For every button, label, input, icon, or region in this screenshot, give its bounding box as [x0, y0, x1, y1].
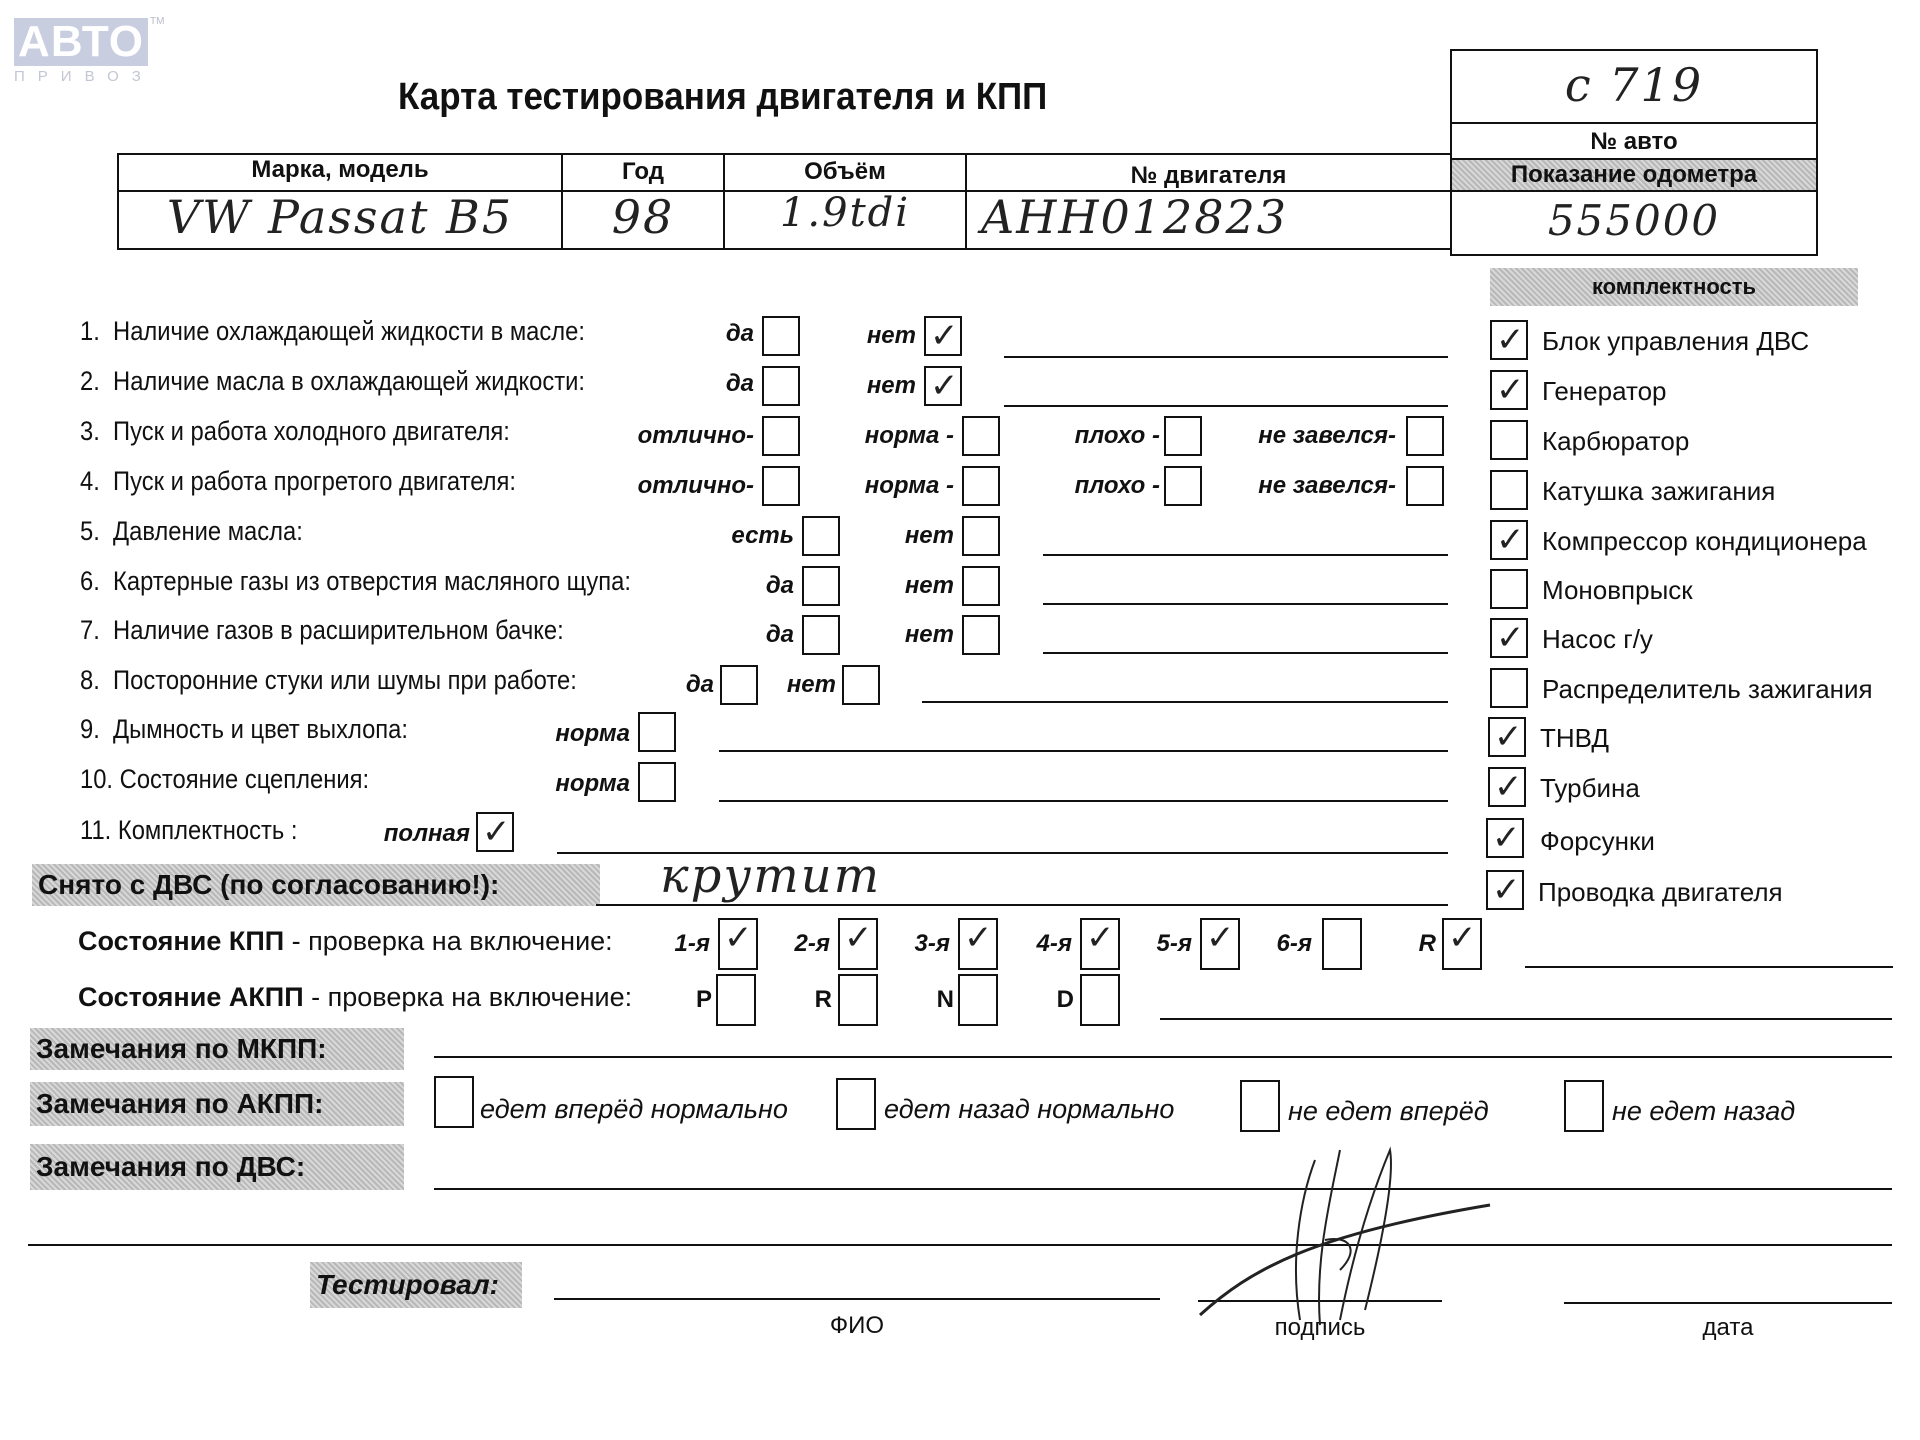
check-item-4: 4. Пуск и работа прогретого двигателя: — [80, 466, 516, 497]
checkbox-backward-normal[interactable] — [836, 1078, 876, 1130]
page-title: Карта тестирования двигателя и КПП — [398, 76, 1047, 119]
check-item-2: 2. Наличие масла в охлаждающей жидкости: — [80, 366, 585, 397]
date-caption: дата — [1564, 1314, 1892, 1342]
checkbox-item6-no[interactable] — [962, 566, 1000, 606]
completeness-item: Компрессор кондиционера — [1542, 526, 1867, 557]
checkbox-item7-no[interactable] — [962, 615, 1000, 655]
make-model-value[interactable]: VW Passat B5 — [119, 190, 561, 244]
checkbox-item4-excellent[interactable] — [762, 466, 800, 506]
checkbox-auto-n[interactable] — [958, 974, 998, 1026]
checkbox-gear-reverse[interactable]: ✓ — [1442, 918, 1482, 970]
position-label: N — [922, 986, 954, 1014]
option-label: да — [740, 572, 794, 600]
option-label: нет — [890, 621, 954, 649]
option-label: нет — [890, 572, 954, 600]
completeness-item: ТНВД — [1540, 723, 1609, 754]
completeness-item: Моновпрыск — [1542, 575, 1693, 606]
option-label: норма — [540, 770, 630, 798]
checkbox-item6-yes[interactable] — [802, 566, 840, 606]
option-label: норма - — [850, 472, 954, 500]
checkbox-ac-compressor[interactable]: ✓ — [1490, 520, 1528, 560]
checkbox-turbo[interactable]: ✓ — [1488, 767, 1526, 807]
checkbox-auto-r[interactable] — [838, 974, 878, 1026]
engine-number-value[interactable]: AHH012823 — [967, 190, 1321, 244]
checkbox-item2-yes[interactable] — [762, 366, 800, 406]
checkbox-gear-2[interactable]: ✓ — [838, 918, 878, 970]
remarks-engine-label: Замечания по ДВС: — [30, 1144, 404, 1190]
checkbox-injectors[interactable]: ✓ — [1486, 818, 1524, 858]
checkbox-gear-1[interactable]: ✓ — [718, 918, 758, 970]
option-label: норма — [540, 720, 630, 748]
checkbox-item1-no[interactable]: ✓ — [924, 316, 962, 356]
car-number-value[interactable]: c 719 — [1452, 58, 1816, 112]
gear-label: 4-я — [1022, 930, 1072, 958]
auto-option-label: едет вперёд нормально — [480, 1094, 788, 1125]
signature-scribble — [1190, 1140, 1520, 1330]
checkbox-gear-5[interactable]: ✓ — [1200, 918, 1240, 970]
checkbox-generator[interactable]: ✓ — [1490, 370, 1528, 410]
checkbox-item5-no[interactable] — [962, 516, 1000, 556]
checkbox-item3-excellent[interactable] — [762, 416, 800, 456]
odometer-label: Показание одометра — [1452, 161, 1816, 189]
completeness-item: Турбина — [1540, 773, 1640, 804]
check-item-6: 6. Картерные газы из отверстия масляного… — [80, 566, 631, 597]
remarks-auto-label: Замечания по АКПП: — [30, 1082, 404, 1126]
option-label: нет — [850, 372, 916, 400]
checkbox-item11-full[interactable]: ✓ — [476, 812, 514, 852]
tested-by-label: Тестировал: — [310, 1262, 522, 1308]
auto-option-label: едет назад нормально — [884, 1094, 1174, 1125]
checkbox-power-steering-pump[interactable]: ✓ — [1490, 618, 1528, 658]
checkbox-auto-d[interactable] — [1080, 974, 1120, 1026]
option-label: не завелся- — [1250, 422, 1396, 450]
checkbox-item3-normal[interactable] — [962, 416, 1000, 456]
completeness-item: Форсунки — [1540, 826, 1655, 857]
checkbox-item8-no[interactable] — [842, 665, 880, 705]
checkbox-distributor[interactable] — [1490, 668, 1528, 708]
option-label: полная — [370, 820, 470, 848]
checkbox-item10-normal[interactable] — [638, 762, 676, 802]
checkbox-item8-yes[interactable] — [720, 665, 758, 705]
checkbox-gear-6[interactable] — [1322, 918, 1362, 970]
check-item-9: 9. Дымность и цвет выхлопа: — [80, 714, 408, 745]
checkbox-mono-injection[interactable] — [1490, 569, 1528, 609]
check-item-3: 3. Пуск и работа холодного двигателя: — [80, 416, 510, 447]
option-label: да — [700, 320, 754, 348]
manual-gearbox-label: Состояние КПП - проверка на включение: — [72, 924, 619, 959]
completeness-item: Карбюратор — [1542, 426, 1689, 457]
checkbox-gear-4[interactable]: ✓ — [1080, 918, 1120, 970]
brand-logo: АВТО — [14, 18, 148, 66]
option-label: отлично- — [620, 472, 754, 500]
check-item-7: 7. Наличие газов в расширительном бачке: — [80, 615, 564, 646]
checkbox-item7-yes[interactable] — [802, 615, 840, 655]
completeness-item: Блок управления ДВС — [1542, 326, 1809, 357]
option-label: нет — [772, 671, 836, 699]
check-item-8: 8. Посторонние стуки или шумы при работе… — [80, 665, 577, 696]
option-label: да — [660, 671, 714, 699]
checkbox-item1-yes[interactable] — [762, 316, 800, 356]
volume-label: Объём — [725, 158, 965, 186]
position-label: D — [1042, 986, 1074, 1014]
removed-value[interactable]: крутит — [660, 848, 920, 904]
auto-option-label: не едет вперёд — [1288, 1096, 1489, 1127]
checkbox-auto-p[interactable] — [716, 974, 756, 1026]
logo-trademark: TM — [150, 16, 164, 27]
removed-label: Снято с ДВС (по согласованию!): — [32, 864, 600, 906]
checkbox-item4-normal[interactable] — [962, 466, 1000, 506]
position-label: R — [800, 986, 832, 1014]
logo-subtitle: ПРИВОЗ — [14, 68, 148, 85]
checkbox-no-backward[interactable] — [1564, 1080, 1604, 1132]
option-label: плохо - — [1060, 472, 1160, 500]
option-label: есть — [720, 522, 794, 550]
option-label: не завелся- — [1250, 472, 1396, 500]
completeness-item: Генератор — [1542, 376, 1667, 407]
year-label: Год — [563, 158, 723, 186]
completeness-item: Катушка зажигания — [1542, 476, 1775, 507]
completeness-header: комплектность — [1490, 268, 1858, 306]
odometer-value[interactable]: 555000 — [1452, 196, 1816, 245]
checkbox-engine-wiring[interactable]: ✓ — [1486, 870, 1524, 910]
checkbox-item4-no-start[interactable] — [1406, 466, 1444, 506]
make-model-label: Марка, модель — [119, 156, 561, 184]
check-item-10: 10. Состояние сцепления: — [80, 764, 369, 795]
check-item-1: 1. Наличие охлаждающей жидкости в масле: — [80, 316, 585, 347]
checkbox-gear-3[interactable]: ✓ — [958, 918, 998, 970]
car-number-label: № авто — [1452, 128, 1816, 156]
option-label: нет — [850, 322, 916, 350]
checkbox-ecu[interactable]: ✓ — [1490, 320, 1528, 360]
option-label: да — [700, 370, 754, 398]
checkbox-item3-no-start[interactable] — [1406, 416, 1444, 456]
checkbox-item4-bad[interactable] — [1164, 466, 1202, 506]
checkbox-carburetor[interactable] — [1490, 420, 1528, 460]
checkbox-item2-no[interactable]: ✓ — [924, 366, 962, 406]
check-item-11: 11. Комплектность : — [80, 815, 297, 846]
gear-label: R — [1400, 930, 1436, 958]
volume-value[interactable]: 1.9tdi — [725, 190, 965, 236]
checkbox-item9-normal[interactable] — [638, 712, 676, 752]
completeness-item: Насос г/у — [1542, 624, 1653, 655]
name-caption: ФИО — [554, 1312, 1160, 1340]
completeness-item: Распределитель зажигания — [1542, 674, 1873, 705]
gear-label: 1-я — [660, 930, 710, 958]
checkbox-item5-yes[interactable] — [802, 516, 840, 556]
option-label: да — [740, 621, 794, 649]
check-item-5: 5. Давление масла: — [80, 516, 303, 547]
auto-option-label: не едет назад — [1612, 1096, 1795, 1127]
option-label: отлично- — [620, 422, 754, 450]
checkbox-forward-normal[interactable] — [434, 1076, 474, 1128]
checkbox-injection-pump[interactable]: ✓ — [1488, 717, 1526, 757]
option-label: плохо - — [1060, 422, 1160, 450]
auto-gearbox-label: Состояние АКПП - проверка на включение: — [72, 980, 638, 1015]
year-value[interactable]: 98 — [563, 190, 723, 244]
checkbox-ignition-coil[interactable] — [1490, 470, 1528, 510]
position-label: P — [680, 986, 712, 1014]
checkbox-item3-bad[interactable] — [1164, 416, 1202, 456]
checkbox-no-forward[interactable] — [1240, 1080, 1280, 1132]
gear-label: 3-я — [900, 930, 950, 958]
gear-label: 5-я — [1142, 930, 1192, 958]
gear-label: 6-я — [1262, 930, 1312, 958]
completeness-item: Проводка двигателя — [1538, 877, 1783, 908]
remarks-manual-label: Замечания по МКПП: — [30, 1028, 404, 1070]
engine-number-label: № двигателя — [967, 162, 1450, 190]
gear-label: 2-я — [780, 930, 830, 958]
option-label: нет — [890, 522, 954, 550]
option-label: норма - — [850, 422, 954, 450]
